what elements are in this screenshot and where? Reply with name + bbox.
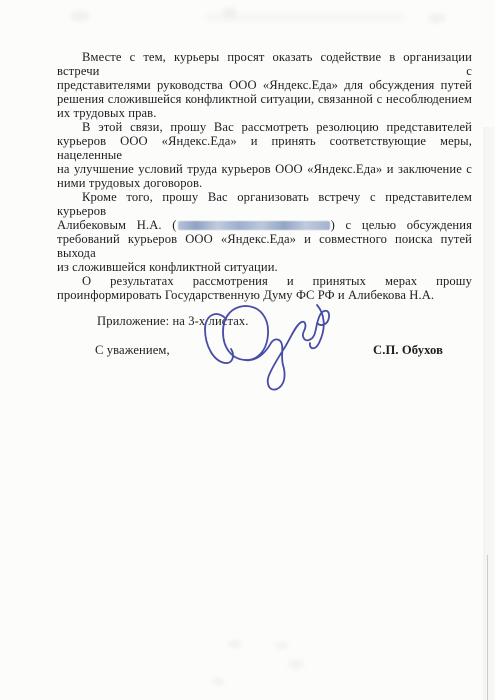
handwritten-signature — [193, 299, 338, 399]
text-line-with-redaction: Алибековым Н.А. () с целью обсуждения — [57, 218, 472, 232]
scan-artifact — [276, 642, 288, 649]
text-line: из сложившейся конфликтной ситуации. — [57, 260, 472, 274]
scan-artifact — [212, 678, 224, 685]
signature-icon — [193, 299, 338, 399]
text-line: представителями руководства ООО «Яндекс.… — [57, 78, 472, 92]
scanned-letter-page: Вместе с тем, курьеры просят оказать сод… — [0, 0, 495, 700]
text-line: их трудовых прав. — [57, 106, 472, 120]
paragraph-4: О результатах рассмотрения и принятых ме… — [57, 274, 472, 302]
redacted-contact-strip — [178, 221, 330, 230]
text-line: В этой связи, прошу Вас рассмотреть резо… — [57, 120, 472, 134]
scan-artifact — [428, 13, 446, 23]
text-line: на улучшение условий труда курьеров ООО … — [57, 162, 472, 176]
paragraph-2: В этой связи, прошу Вас рассмотреть резо… — [57, 120, 472, 190]
text-line: Кроме того, прошу Вас организовать встре… — [57, 190, 472, 218]
signatory-name: С.П. Обухов — [373, 343, 443, 357]
text-line: О результатах рассмотрения и принятых ме… — [57, 274, 472, 288]
scan-artifact — [228, 640, 242, 648]
scan-artifact — [205, 13, 405, 22]
text-line: решения сложившейся конфликтной ситуации… — [57, 92, 472, 106]
paragraph-1: Вместе с тем, курьеры просят оказать сод… — [57, 50, 472, 120]
text-line: ними трудовых договоров. — [57, 176, 472, 190]
scan-edge-line — [487, 555, 488, 700]
scan-artifact — [288, 660, 304, 669]
scan-edge-shadow — [483, 127, 495, 700]
text-line: курьеров ООО «Яндекс.Еда» и принять соот… — [57, 134, 472, 162]
text-line: Вместе с тем, курьеры просят оказать сод… — [57, 50, 472, 78]
closing-salutation: С уважением, — [95, 343, 170, 357]
scan-artifact — [70, 10, 90, 22]
paragraph-3: Кроме того, прошу Вас организовать встре… — [57, 190, 472, 274]
text-line: требований курьеров ООО «Яндекс.Еда» и с… — [57, 232, 472, 260]
text-segment: ) с целью обсуждения — [331, 218, 472, 232]
text-segment: Алибековым Н.А. ( — [57, 218, 177, 232]
